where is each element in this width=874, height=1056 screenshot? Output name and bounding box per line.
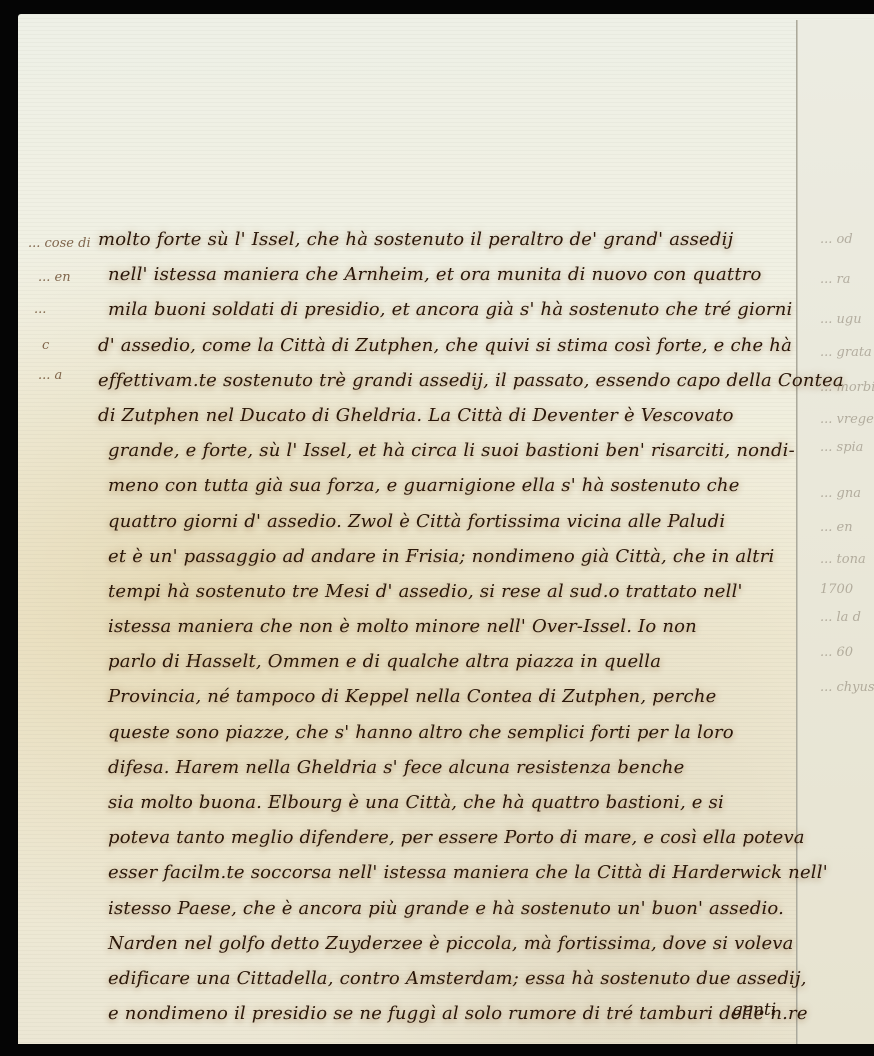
manuscript-line: di Zutphen nel Ducato di Gheldria. La Ci… bbox=[98, 398, 798, 433]
margin-bleed-right: ... ra bbox=[820, 272, 851, 287]
margin-bleed-right: ... chyus bbox=[820, 680, 874, 695]
scanned-page-background: ... cose di ... en ... c ... a ... od ..… bbox=[0, 0, 874, 1056]
manuscript-line: Narden nel golfo detto Zuyderzee è picco… bbox=[98, 926, 798, 961]
manuscript-line: molto forte sù l' Issel, che hà sostenut… bbox=[98, 222, 798, 257]
margin-bleed-right: ... ugu bbox=[820, 312, 862, 327]
margin-bleed-right: ... en bbox=[820, 520, 853, 535]
manuscript-line: esser facilm.te soccorsa nell' istessa m… bbox=[98, 855, 798, 890]
margin-bleed-left: ... bbox=[34, 302, 46, 317]
margin-bleed-right: ... 60 bbox=[820, 645, 853, 660]
margin-bleed-left: c bbox=[42, 338, 49, 353]
manuscript-line: edificare una Cittadella, contro Amsterd… bbox=[98, 961, 798, 996]
margin-bleed-right: ... tona bbox=[820, 552, 866, 567]
manuscript-line: poteva tanto meglio difendere, per esser… bbox=[98, 820, 798, 855]
manuscript-line: quattro giorni d' assedio. Zwol è Città … bbox=[98, 504, 798, 539]
manuscript-line: sia molto buona. Elbourg è una Città, ch… bbox=[98, 785, 798, 820]
manuscript-line: e nondimeno il presidio se ne fuggì al s… bbox=[98, 996, 798, 1031]
margin-bleed-right: ... od bbox=[820, 232, 853, 247]
margin-bleed-right: 1700 bbox=[820, 582, 853, 597]
catchword: genti bbox=[732, 1000, 776, 1020]
manuscript-line: tempi hà sostenuto tre Mesi d' assedio, … bbox=[98, 574, 798, 609]
manuscript-text-body: molto forte sù l' Issel, che hà sostenut… bbox=[98, 222, 798, 1031]
manuscript-line: mila buoni soldati di presidio, et ancor… bbox=[98, 292, 798, 327]
manuscript-line: istessa maniera che non è molto minore n… bbox=[98, 609, 798, 644]
margin-bleed-left: ... a bbox=[38, 368, 62, 383]
manuscript-line: istesso Paese, che è ancora più grande e… bbox=[98, 891, 798, 926]
manuscript-line: et è un' passaggio ad andare in Frisia; … bbox=[98, 539, 798, 574]
manuscript-line: parlo di Hasselt, Ommen e di qualche alt… bbox=[98, 644, 798, 679]
manuscript-line: meno con tutta già sua forza, e guarnigi… bbox=[98, 468, 798, 503]
manuscript-line: grande, e forte, sù l' Issel, et hà circ… bbox=[98, 433, 798, 468]
manuscript-line: d' assedio, come la Città di Zutphen, ch… bbox=[98, 328, 798, 363]
manuscript-line: queste sono piazze, che s' hanno altro c… bbox=[98, 715, 798, 750]
margin-bleed-right: ... grata bbox=[820, 345, 872, 360]
margin-bleed-right: ... vrege bbox=[820, 412, 874, 427]
manuscript-line: difesa. Harem nella Gheldria s' fece alc… bbox=[98, 750, 798, 785]
margin-bleed-right: ... la d bbox=[820, 610, 861, 625]
margin-bleed-right: ... gna bbox=[820, 486, 861, 501]
manuscript-line: effettivam.te sostenuto trè grandi assed… bbox=[98, 363, 798, 398]
margin-bleed-right: ... spia bbox=[820, 440, 863, 455]
manuscript-line: Provincia, né tampoco di Keppel nella Co… bbox=[98, 679, 798, 714]
margin-bleed-left: ... cose di bbox=[28, 236, 91, 251]
margin-bleed-left: ... en bbox=[38, 270, 71, 285]
manuscript-line: nell' istessa maniera che Arnheim, et or… bbox=[98, 257, 798, 292]
